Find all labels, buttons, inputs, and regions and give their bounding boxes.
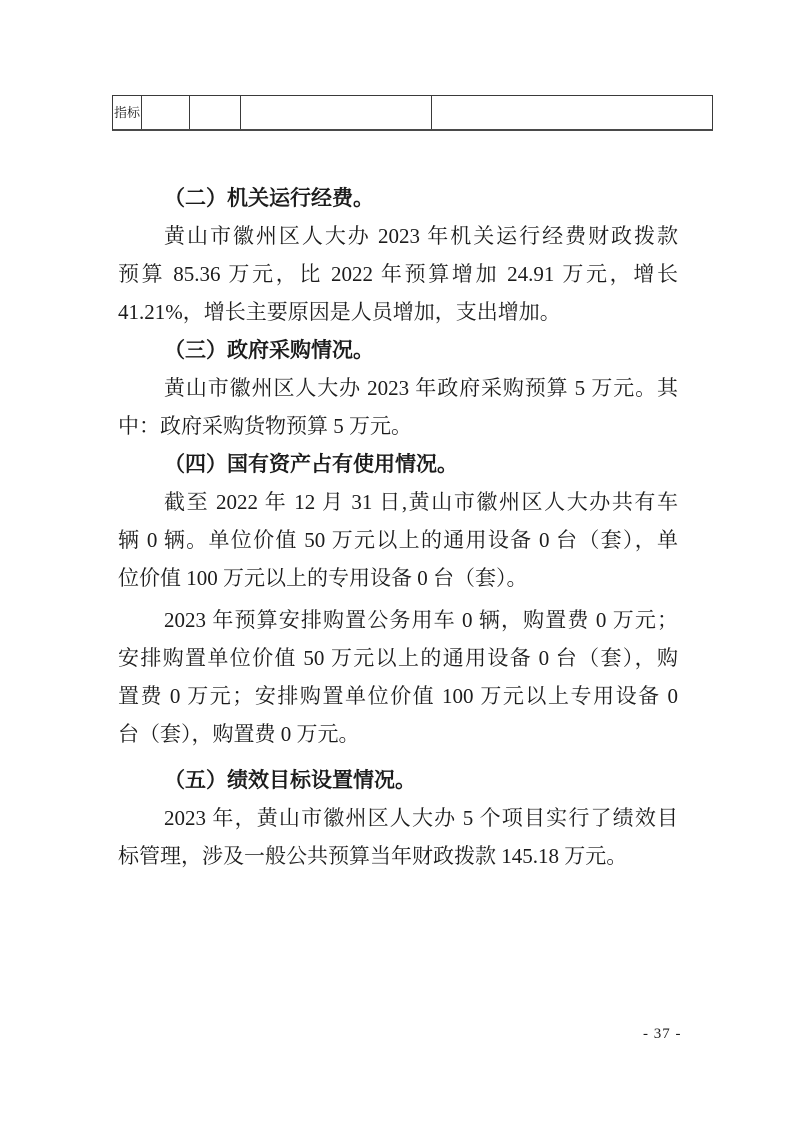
paragraph-line: 黄山市徽州区人大办 2023 年政府采购预算 5 万元。其 bbox=[118, 369, 678, 407]
paragraph-line: 辆 0 辆。单位价值 50 万元以上的通用设备 0 台（套），单 bbox=[118, 521, 678, 559]
paragraph-line: 2023 年预算安排购置公务用车 0 辆，购置费 0 万元； bbox=[118, 601, 678, 639]
paragraph-line: 2023 年，黄山市徽州区人大办 5 个项目实行了绩效目 bbox=[118, 799, 678, 837]
paragraph-line: 41.21%，增长主要原因是人员增加，支出增加。 bbox=[118, 293, 678, 331]
document-body: （二）机关运行经费。 黄山市徽州区人大办 2023 年机关运行经费财政拨款 预算… bbox=[118, 179, 678, 875]
paragraph-line: 预算 85.36 万元，比 2022 年预算增加 24.91 万元，增长 bbox=[118, 255, 678, 293]
paragraph-line: 安排购置单位价值 50 万元以上的通用设备 0 台（套），购 bbox=[118, 639, 678, 677]
document-page: 指标 （二）机关运行经费。 黄山市徽州区人大办 2023 年机关运行经费财政拨款… bbox=[0, 0, 793, 1122]
paragraph-line: 截至 2022 年 12 月 31 日,黄山市徽州区人大办共有车 bbox=[118, 483, 678, 521]
section-heading-2: （二）机关运行经费。 bbox=[118, 179, 678, 217]
paragraph-line: 中：政府采购货物预算 5 万元。 bbox=[118, 407, 678, 445]
section-heading-5: （五）绩效目标设置情况。 bbox=[118, 761, 678, 799]
section-heading-3: （三）政府采购情况。 bbox=[118, 331, 678, 369]
table-cell bbox=[142, 96, 190, 129]
paragraph-line: 位价值 100 万元以上的专用设备 0 台（套）。 bbox=[118, 559, 678, 597]
section-heading-4: （四）国有资产占有使用情况。 bbox=[118, 445, 678, 483]
table-fragment: 指标 bbox=[112, 95, 713, 131]
page-number: - 37 - bbox=[643, 1026, 682, 1043]
paragraph-line: 台（套），购置费 0 万元。 bbox=[118, 715, 678, 753]
paragraph-line: 标管理，涉及一般公共预算当年财政拨款 145.18 万元。 bbox=[118, 837, 678, 875]
table-cell bbox=[190, 96, 241, 129]
paragraph-line: 置费 0 万元；安排购置单位价值 100 万元以上专用设备 0 bbox=[118, 677, 678, 715]
table-cell bbox=[432, 96, 712, 129]
table-cell-row-header: 指标 bbox=[113, 96, 142, 129]
table-cell bbox=[241, 96, 432, 129]
paragraph-line: 黄山市徽州区人大办 2023 年机关运行经费财政拨款 bbox=[118, 217, 678, 255]
